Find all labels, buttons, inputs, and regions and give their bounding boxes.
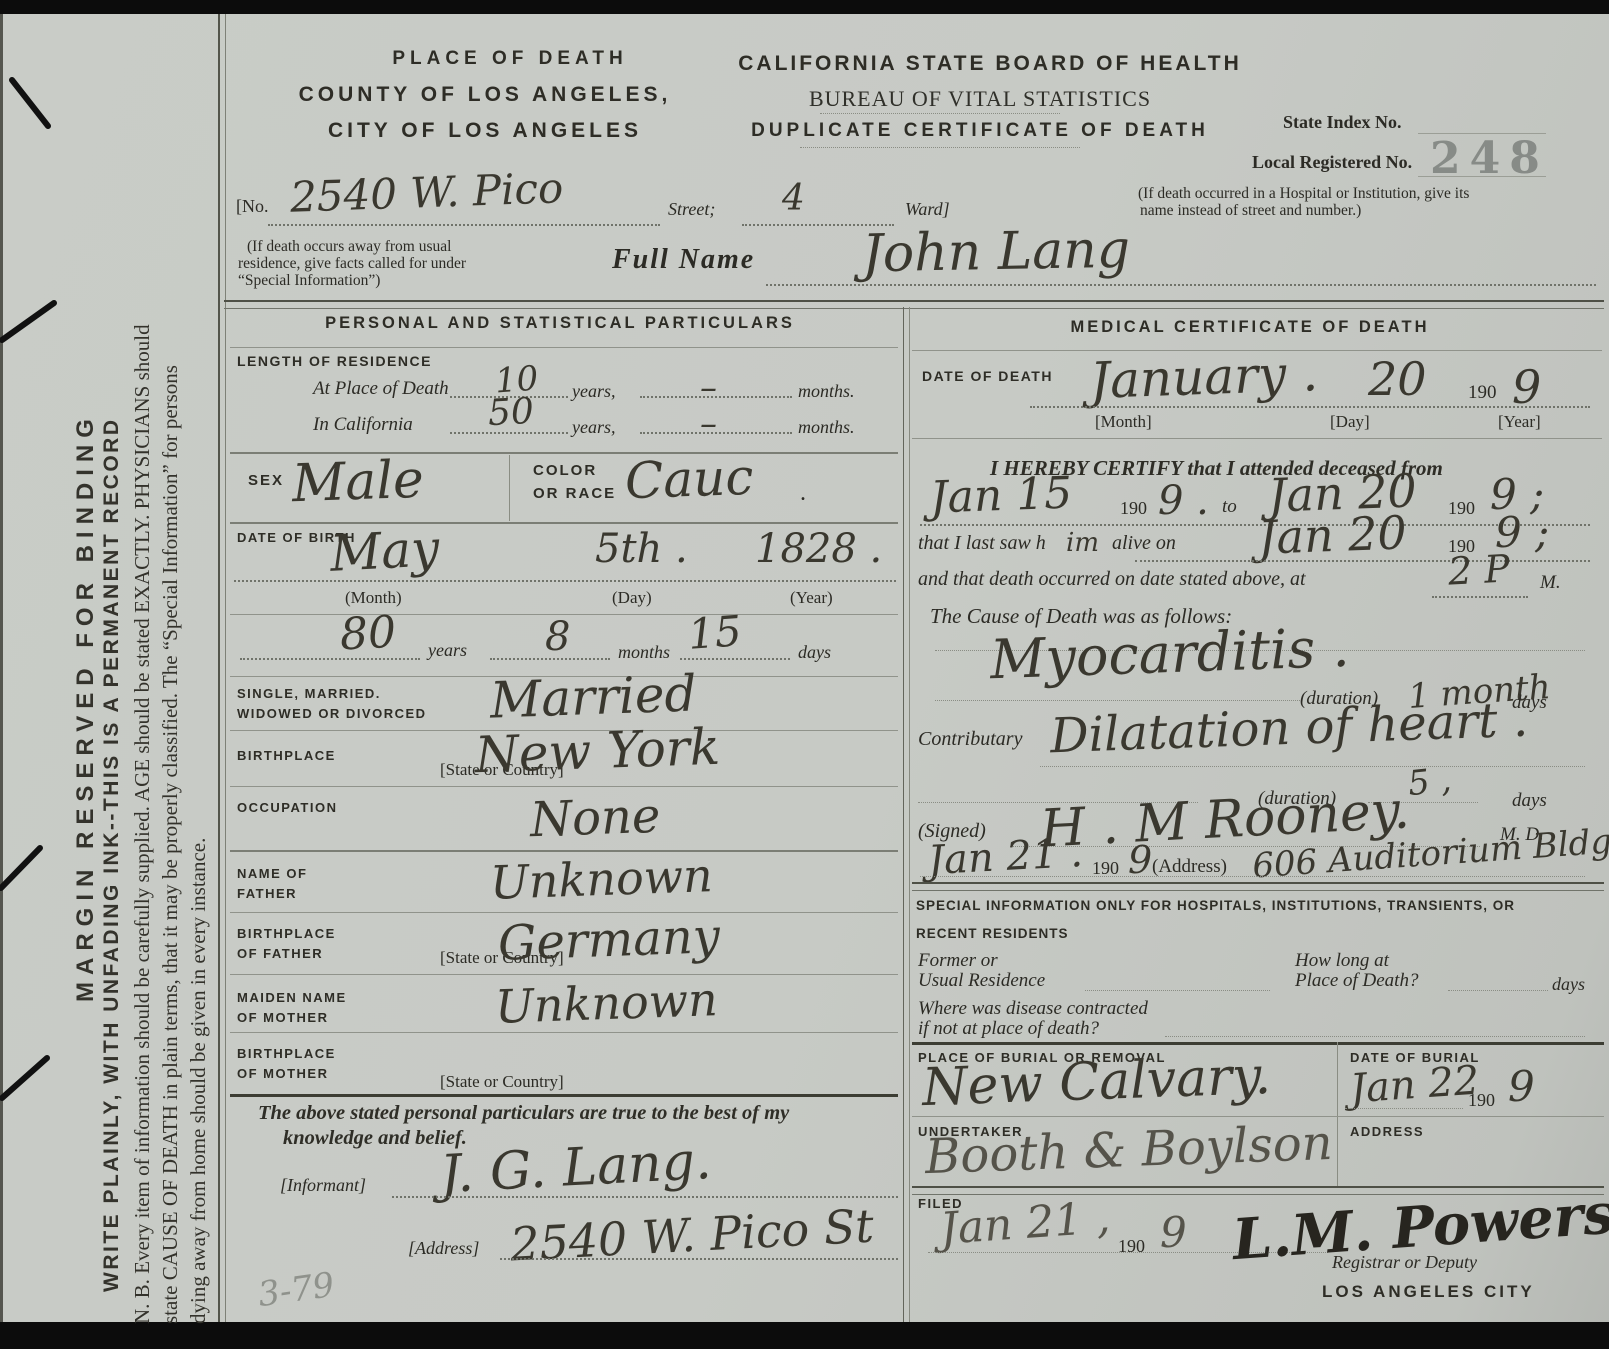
last-saw-him: im xyxy=(1066,528,1099,558)
age-years-label: years xyxy=(428,640,467,661)
death-certificate-document: MARGIN RESERVED FOR BINDING WRITE PLAINL… xyxy=(0,0,1609,1349)
in-california-years-value: 50 xyxy=(487,391,535,434)
contracted-label-line1: Where was disease contracted xyxy=(918,998,1148,1020)
local-registered-label: Local Registered No. xyxy=(1252,152,1412,173)
birthplace-value: New York xyxy=(474,718,721,785)
duplicate-underline xyxy=(800,147,1080,148)
undertaker-address-label: ADDRESS xyxy=(1350,1124,1424,1139)
color-label-line1: COLOR xyxy=(533,462,597,479)
at-place-months-label: months. xyxy=(798,381,855,402)
sex-row-bottom-rule xyxy=(230,522,898,524)
in-california-months-label: months. xyxy=(798,417,855,438)
in-california-years-label: years, xyxy=(572,417,616,438)
mother-name-label-line2: OF MOTHER xyxy=(237,1010,329,1025)
death-month-caption: [Month] xyxy=(1095,412,1152,432)
affirmation-line1: The above stated personal particulars ar… xyxy=(258,1102,789,1125)
margin-plainly-note: WRITE PLAINLY, WITH UNFADING INK--THIS I… xyxy=(100,418,124,1293)
birth-day-caption: (Day) xyxy=(612,588,652,608)
binding-marks xyxy=(0,0,70,1349)
full-name-value: John Lang xyxy=(861,220,1130,285)
margin-nb-line3: dying away from home should be given in … xyxy=(186,838,211,1324)
occupation-label: OCCUPATION xyxy=(237,800,337,815)
medical-section-title: MEDICAL CERTIFICATE OF DEATH xyxy=(930,318,1570,337)
howlong-label-line1: How long at xyxy=(1295,950,1389,972)
howlong-line xyxy=(1448,990,1548,991)
duration2-value: 5 , xyxy=(1406,760,1453,804)
mother-birthplace-state-caption: [State or Country] xyxy=(440,1072,564,1092)
father-birthplace-value: Germany xyxy=(497,908,721,972)
signed-date-line xyxy=(920,876,1585,877)
death-day-value: 20 xyxy=(1368,352,1427,406)
father-name-value: Unknown xyxy=(489,848,713,910)
marital-label-line2: WIDOWED OR DIVORCED xyxy=(237,706,427,721)
age-months-line xyxy=(490,658,610,660)
street-address-line xyxy=(268,224,660,226)
mother-name-label-line1: MAIDEN NAME xyxy=(237,990,347,1005)
date-of-burial-line xyxy=(1345,1108,1463,1109)
duplicate-heading: DUPLICATE CERTIFICATE OF DEATH xyxy=(740,120,1220,142)
physician-address-label: (Address) xyxy=(1152,856,1227,878)
former-residence-line xyxy=(1085,990,1270,991)
mother-name-bottom-rule xyxy=(230,1032,898,1033)
filed-date-value: Jan 21 , xyxy=(938,1192,1111,1255)
contributary-label: Contributary xyxy=(918,728,1022,751)
sex-label: SEX xyxy=(248,472,284,489)
father-name-label-line2: FATHER xyxy=(237,886,297,901)
in-california-years-line xyxy=(450,432,568,434)
duration2-days-label: days xyxy=(1512,790,1547,812)
full-name-label: Full Name xyxy=(612,244,755,276)
cause-of-death-value: Myocarditis . xyxy=(989,616,1350,692)
column-divider-rule xyxy=(903,307,910,1322)
date-of-burial-value: Jan 22 xyxy=(1349,1058,1481,1113)
residence-note-line2: residence, give facts called for under xyxy=(238,255,466,273)
special-info-heading-line1: SPECIAL INFORMATION ONLY FOR HOSPITALS, … xyxy=(916,898,1515,913)
full-name-line xyxy=(766,284,1596,286)
margin-nb-line1: N. B. Every item of information should b… xyxy=(130,324,155,1324)
margin-binding-note: MARGIN RESERVED FOR BINDING xyxy=(72,412,100,1002)
residence-note-line3: “Special Information”) xyxy=(238,272,380,290)
sex-color-divider xyxy=(509,455,510,521)
occupation-value: None xyxy=(529,788,661,849)
attended-from-190: 190 xyxy=(1120,498,1147,519)
mother-birthplace-label-line2: OF MOTHER xyxy=(237,1066,329,1081)
state-board-heading: CALIFORNIA STATE BOARD OF HEALTH xyxy=(730,52,1250,76)
death-hour-value: 2 P xyxy=(1447,546,1511,593)
house-number-bracket-label: [No. xyxy=(236,196,269,217)
in-california-months-line xyxy=(640,432,792,434)
color-value: Cauc xyxy=(624,448,754,510)
pencil-file-note: 3-79 xyxy=(256,1265,337,1315)
death-hour-line xyxy=(1432,596,1528,598)
local-registered-line xyxy=(1418,176,1546,177)
attended-from-value: Jan 15 xyxy=(929,468,1073,524)
former-residence-label-line1: Former or xyxy=(918,950,998,972)
birth-year-value: 1828 . xyxy=(755,526,882,572)
at-place-years-label: years, xyxy=(572,381,616,402)
mother-name-value: Unknown xyxy=(494,972,718,1034)
dod-bottom-rule xyxy=(912,438,1602,439)
color-period: . xyxy=(800,480,806,507)
informant-address-line xyxy=(500,1258,898,1260)
at-place-label: At Place of Death xyxy=(313,378,449,400)
street-label: Street; xyxy=(668,199,715,220)
color-label-line2: OR RACE xyxy=(533,485,616,502)
burial-year-digit: 9 xyxy=(1508,1062,1535,1111)
date-of-death-label: DATE OF DEATH xyxy=(922,368,1053,384)
margin-separator-rule xyxy=(218,14,226,1322)
birth-month-value: May xyxy=(329,519,441,583)
occupation-bottom-rule xyxy=(230,850,898,852)
father-birthplace-bottom-rule xyxy=(230,974,898,975)
filed-190: 190 xyxy=(1118,1236,1145,1257)
death-hour-label: and that death occurred on date stated a… xyxy=(918,568,1306,591)
last-saw-label-part2: alive on xyxy=(1112,532,1176,555)
contracted-line xyxy=(1165,1036,1585,1037)
birth-month-caption: (Month) xyxy=(345,588,402,608)
marital-label-line1: SINGLE, MARRIED. xyxy=(237,686,381,701)
burial-190: 190 xyxy=(1468,1090,1495,1111)
attended-line xyxy=(920,524,1590,526)
attended-from-year: 9 . xyxy=(1158,478,1209,524)
informant-address-label: [Address] xyxy=(408,1238,479,1259)
personal-title-rule xyxy=(230,347,898,348)
father-name-label-line1: NAME OF xyxy=(237,866,307,881)
last-saw-line xyxy=(1135,560,1590,562)
bureau-underline xyxy=(820,113,1060,114)
contributary-line xyxy=(1040,766,1585,767)
place-of-death-heading: PLACE OF DEATH xyxy=(300,48,720,70)
length-of-residence-label: LENGTH OF RESIDENCE xyxy=(237,353,432,369)
former-residence-label-line2: Usual Residence xyxy=(918,970,1045,992)
father-birthplace-label-line2: OF FATHER xyxy=(237,946,323,961)
scan-edge-top xyxy=(0,0,1609,14)
burial-top-rule xyxy=(912,1042,1604,1045)
birthplace-label: BIRTHPLACE xyxy=(237,748,336,763)
margin-nb-line2: state CAUSE OF DEATH in plain terms, tha… xyxy=(158,365,183,1324)
age-years-value: 80 xyxy=(339,607,398,661)
city-heading: CITY OF LOS ANGELES xyxy=(250,119,720,143)
personal-section-title: PERSONAL AND STATISTICAL PARTICULARS xyxy=(240,314,880,333)
informant-value: J. G. Lang. xyxy=(439,1131,713,1205)
informant-line xyxy=(392,1196,898,1198)
residence-note-line1: (If death occurs away from usual xyxy=(247,238,451,256)
state-index-label: State Index No. xyxy=(1283,112,1402,133)
hospital-note-line2: name instead of street and number.) xyxy=(1140,202,1361,220)
death-month-value: January . xyxy=(1089,344,1319,410)
special-info-heading-line2: RECENT RESIDENTS xyxy=(916,926,1069,941)
age-months-value: 8 xyxy=(545,614,570,660)
mother-birthplace-label-line1: BIRTHPLACE xyxy=(237,1046,336,1061)
father-birthplace-label-line1: BIRTHPLACE xyxy=(237,926,336,941)
scan-edge-bottom xyxy=(0,1322,1609,1349)
contributary-value: Dilatation of heart . xyxy=(1049,692,1529,765)
last-saw-value: Jan 20 xyxy=(1257,505,1407,564)
last-saw-label-part1: that I last saw h xyxy=(918,532,1046,555)
attended-to-word: to xyxy=(1222,496,1237,518)
contracted-label-line2: if not at place of death? xyxy=(918,1018,1099,1040)
howlong-days-label: days xyxy=(1552,974,1585,995)
informant-address-value: 2540 W. Pico St xyxy=(509,1199,875,1272)
death-date-line xyxy=(1030,406,1590,408)
bureau-heading: BUREAU OF VITAL STATISTICS xyxy=(760,86,1200,112)
in-california-months-value: – xyxy=(700,404,717,444)
registrar-or-deputy-label: Registrar or Deputy xyxy=(1332,1252,1477,1273)
filed-year-digit: 9 xyxy=(1160,1208,1187,1257)
at-place-months-value: – xyxy=(700,368,717,408)
birthplace-bottom-rule xyxy=(230,786,898,787)
in-california-label: In California xyxy=(313,414,413,436)
sex-value: Male xyxy=(291,450,425,515)
county-heading: COUNTY OF LOS ANGELES, xyxy=(250,83,720,107)
los-angeles-city-label: LOS ANGELES CITY xyxy=(1322,1282,1535,1302)
place-of-burial-value: New Calvary. xyxy=(921,1046,1272,1118)
hospital-note-line1: (If death occurred in a Hospital or Inst… xyxy=(1138,185,1469,203)
at-place-months-line xyxy=(640,396,792,398)
age-years-line xyxy=(240,658,420,660)
age-months-label: months xyxy=(618,642,670,663)
header-bottom-rule xyxy=(224,300,1604,309)
howlong-label-line2: Place of Death? xyxy=(1295,970,1418,992)
ward-label: Ward] xyxy=(905,199,950,220)
age-days-line xyxy=(680,658,790,660)
death-year-caption: [Year] xyxy=(1498,412,1541,432)
birth-year-caption: (Year) xyxy=(790,588,833,608)
age-days-value: 15 xyxy=(686,606,743,659)
informant-label: [Informant] xyxy=(280,1175,366,1196)
personal-affirmation-rule xyxy=(230,1094,898,1097)
age-days-label: days xyxy=(798,642,831,663)
attended-to-190: 190 xyxy=(1448,498,1475,519)
death-year-printed: 190 xyxy=(1468,382,1497,404)
burial-column-divider xyxy=(1337,1042,1338,1188)
ward-value: 4 xyxy=(782,178,805,219)
birth-date-line xyxy=(234,580,896,582)
birth-day-value: 5th . xyxy=(595,526,688,572)
special-info-top-rule xyxy=(912,882,1604,891)
street-address-value: 2540 W. Pico xyxy=(289,163,564,222)
death-day-caption: [Day] xyxy=(1330,412,1370,432)
death-hour-m-label: M. xyxy=(1540,572,1561,594)
